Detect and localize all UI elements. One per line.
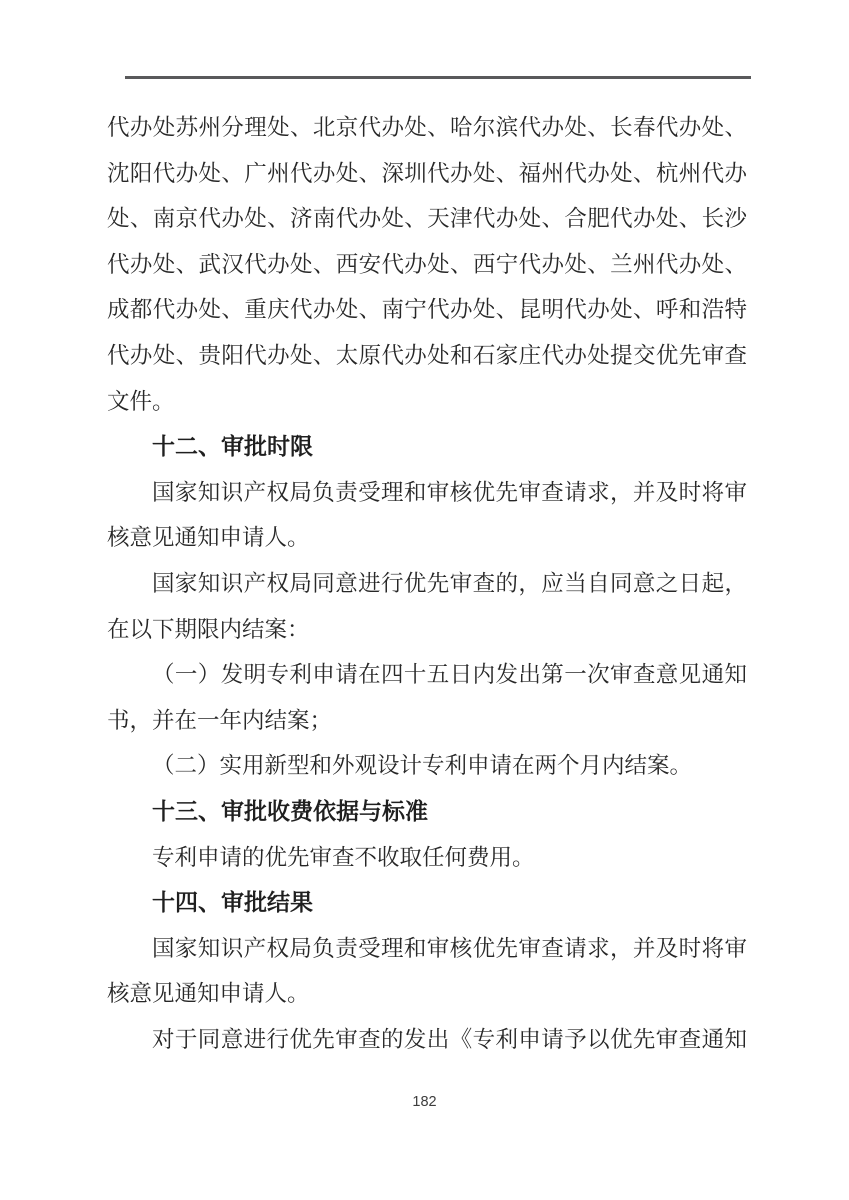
page-number: 182 [0,1094,849,1110]
text-line: 国家知识产权局负责受理和审核优先审查请求，并及时将审 [107,926,747,972]
text-line: （二）实用新型和外观设计专利申请在两个月内结案。 [107,743,747,789]
text-line: 国家知识产权局同意进行优先审查的，应当自同意之日起， [107,561,747,607]
text-line: 成都代办处、重庆代办处、南宁代办处、昆明代办处、呼和浩特 [107,287,747,333]
text-line: 代办处苏州分理处、北京代办处、哈尔滨代办处、长春代办处、 [107,105,747,151]
text-line: 对于同意进行优先审查的发出《专利申请予以优先审查通知 [107,1017,747,1063]
text-line: 沈阳代办处、广州代办处、深圳代办处、福州代办处、杭州代办 [107,151,747,197]
text-line: 在以下期限内结案： [107,607,747,653]
section-heading-13: 十三、审批收费依据与标准 [107,789,747,835]
text-line: 处、南京代办处、济南代办处、天津代办处、合肥代办处、长沙 [107,196,747,242]
text-line: 核意见通知申请人。 [107,515,747,561]
text-line: 代办处、武汉代办处、西安代办处、西宁代办处、兰州代办处、 [107,242,747,288]
text-line: 代办处、贵阳代办处、太原代办处和石家庄代办处提交优先审查 [107,333,747,379]
text-line: 核意见通知申请人。 [107,971,747,1017]
section-heading-12: 十二、审批时限 [107,424,747,470]
document-body: 代办处苏州分理处、北京代办处、哈尔滨代办处、长春代办处、 沈阳代办处、广州代办处… [107,105,747,1062]
document-page: 代办处苏州分理处、北京代办处、哈尔滨代办处、长春代办处、 沈阳代办处、广州代办处… [0,0,849,1200]
section-heading-14: 十四、审批结果 [107,880,747,926]
text-line: 书，并在一年内结案； [107,698,747,744]
text-line: 国家知识产权局负责受理和审核优先审查请求，并及时将审 [107,470,747,516]
text-line: 文件。 [107,379,747,425]
text-line: （一）发明专利申请在四十五日内发出第一次审查意见通知 [107,652,747,698]
text-line: 专利申请的优先审查不收取任何费用。 [107,835,747,881]
header-rule [125,76,751,79]
